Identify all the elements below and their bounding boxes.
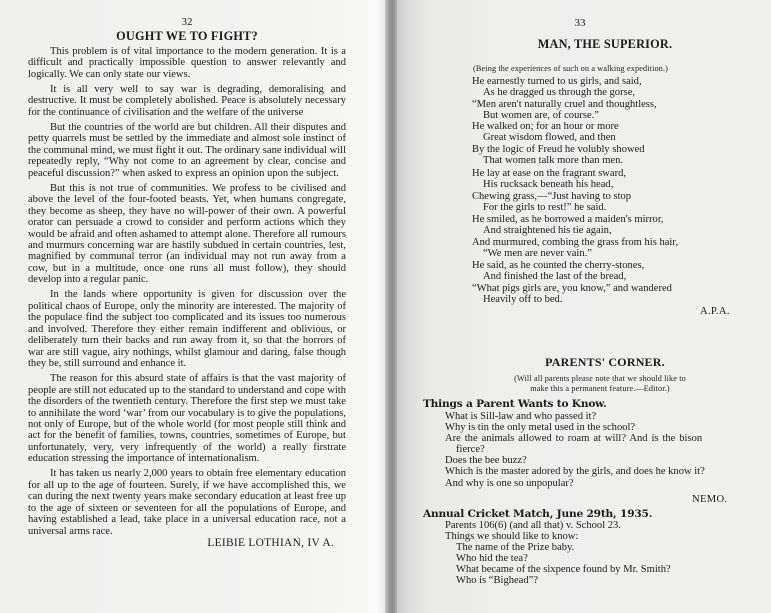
poem-line: That women talk more than men.: [472, 155, 645, 166]
poem-line: He lay at ease on the fragrant sward,: [472, 168, 631, 179]
article-paragraph: It is all very well to say war is degrad…: [28, 84, 346, 118]
article-paragraph: In the lands where opportunity is given …: [28, 289, 346, 369]
poem-line: Chewing grass,—“Just having to stop: [472, 191, 631, 202]
things-heading: Things a Parent Wants to Know.: [423, 398, 607, 410]
page-number-left: 32: [28, 16, 346, 28]
cricket-question: Who is “Bighead”?: [445, 575, 671, 586]
poem-line: As he dragged us through the gorse,: [472, 87, 657, 98]
question-item: Why is tin the only metal used in the sc…: [445, 422, 705, 433]
poem-line: And finished the last of the bread,: [472, 271, 672, 282]
note-line: (Will all parents please note that we sh…: [480, 374, 720, 384]
question-item-continuation: fierce?: [445, 444, 705, 455]
parents-corner-title: PARENTS' CORNER.: [520, 355, 690, 370]
poem-line: He earnestly turned to us girls, and sai…: [472, 76, 657, 87]
left-page-content: 32 OUGHT WE TO FIGHT? This problem is of…: [28, 16, 346, 549]
poem-line: His rucksack beneath his head,: [472, 179, 631, 190]
article-paragraph: But the countries of the world are but c…: [28, 122, 346, 179]
parent-questions-list: What is Sill-law and who passed it? Why …: [445, 411, 705, 489]
article-paragraph: This problem is of vital importance to t…: [28, 46, 346, 80]
poem-line: “We men are never vain.”: [472, 248, 678, 259]
poem-line: But women are, of course.”: [472, 110, 657, 121]
cricket-intro: Things we should like to know:: [445, 531, 671, 542]
parents-corner-note: (Will all parents please note that we sh…: [480, 374, 720, 393]
poem-signature: A.P.A.: [700, 306, 730, 317]
question-item: Does the bee buzz?: [445, 455, 705, 466]
question-item: Are the animals allowed to roam at will?…: [445, 433, 705, 444]
poem-line: By the logic of Freud he volubly showed: [472, 144, 645, 155]
poem-stanza: He lay at ease on the fragrant sward, Hi…: [472, 168, 631, 214]
question-item: And why is one so unpopular?: [445, 478, 705, 489]
poem-line: He walked on; for an hour or more: [472, 121, 645, 132]
cricket-score: Parents 106(6) (and all that) v. School …: [445, 520, 671, 531]
note-line: make this a permanent feature.—Editor.): [480, 384, 720, 394]
article-paragraph: The reason for this absurd state of affa…: [28, 373, 346, 465]
article-paragraph: It has taken us nearly 2,000 years to ob…: [28, 468, 346, 537]
page-number-right: 33: [540, 17, 620, 29]
article-paragraph: But this is not true of communities. We …: [28, 183, 346, 286]
cricket-heading: Annual Cricket Match, June 29th, 1935.: [423, 508, 652, 520]
poem-line: Heavily off to bed.: [472, 294, 672, 305]
poem-line: For the girls to rest!” he said.: [472, 202, 631, 213]
question-item: Which is the master adored by the girls,…: [445, 466, 705, 477]
poem-line: And straightened his tie again,: [472, 225, 678, 236]
cricket-question: What became of the sixpence found by Mr.…: [445, 564, 671, 575]
cricket-question: Who hid the tea?: [445, 553, 671, 564]
poem-line: And murmured, combing the grass from his…: [472, 237, 678, 248]
poem-line: He said, as he counted the cherry-stones…: [472, 260, 672, 271]
poem-line: Great wisdom flowed, and then: [472, 132, 645, 143]
article-signature: LEIBIE LOTHIAN, IV A.: [28, 537, 346, 549]
question-item: What is Sill-law and who passed it?: [445, 411, 705, 422]
poem-line: He smiled, as he borrowed a maiden's mir…: [472, 214, 678, 225]
cricket-list: Parents 106(6) (and all that) v. School …: [445, 520, 671, 587]
cricket-question: The name of the Prize baby.: [445, 542, 671, 553]
poem-title: MAN, THE SUPERIOR.: [525, 37, 685, 52]
poem-stanza: He smiled, as he borrowed a maiden's mir…: [472, 214, 678, 260]
poem-stanza: He said, as he counted the cherry-stones…: [472, 260, 672, 306]
poem-subtitle: (Being the experiences of such on a walk…: [473, 64, 668, 74]
poem-stanza: He walked on; for an hour or more Great …: [472, 121, 645, 167]
poem-line: “Men aren't naturally cruel and thoughtl…: [472, 99, 657, 110]
parents-corner-signature: NEMO.: [692, 494, 727, 505]
poem-stanza: He earnestly turned to us girls, and sai…: [472, 76, 657, 122]
article-title: OUGHT WE TO FIGHT?: [28, 29, 346, 43]
poem-line: “What pigs girls are, you know,” and wan…: [472, 283, 672, 294]
